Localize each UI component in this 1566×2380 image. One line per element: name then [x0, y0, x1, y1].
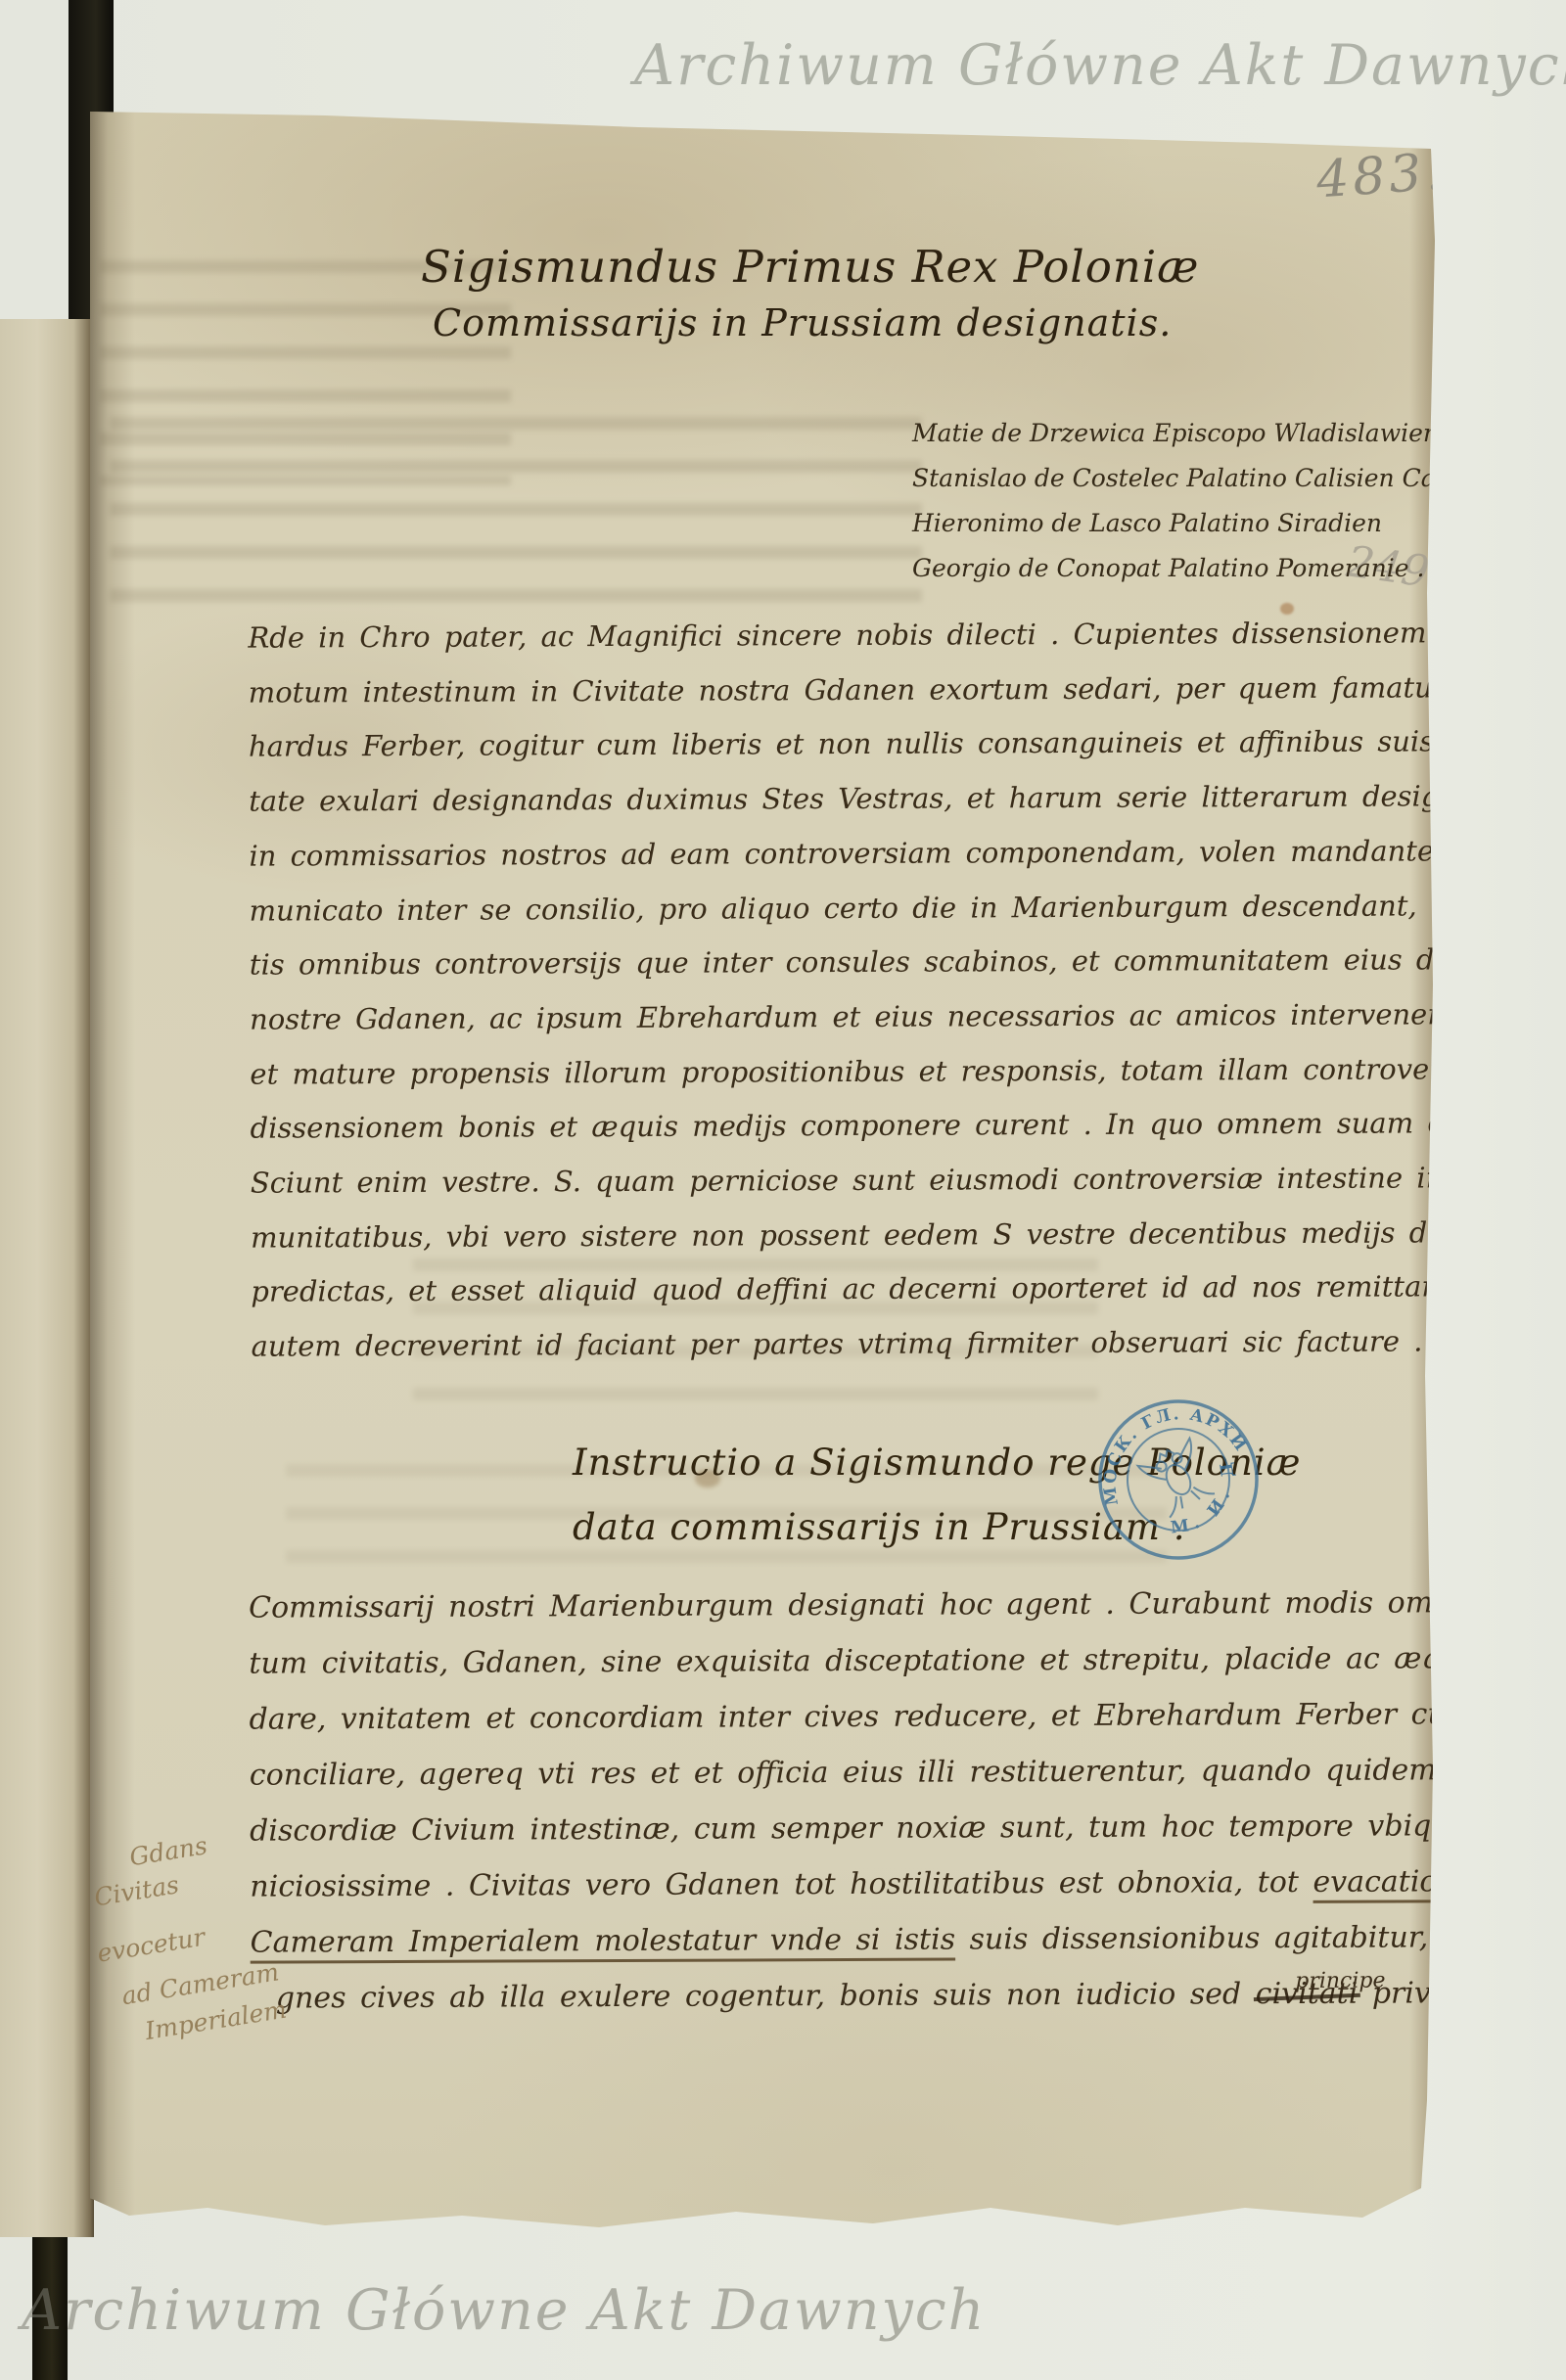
paragraph1-line: munitatibus, vbi vero sistere non possen… [251, 1206, 1445, 1265]
paragraph2-line: Commissarij nostri Marienburgum designat… [249, 1575, 1443, 1635]
addressee-line: Matie de Drzewica Episcopo Wladislawiens… [912, 411, 1566, 456]
underlined-phrase: evacationibus ad [1313, 1864, 1566, 1899]
paragraph2-line: gnes cives ab illa exulere cogentur, bon… [251, 1965, 1445, 2029]
paragraph2-line: tum civitatis, Gdanen, sine exquisita di… [249, 1630, 1443, 1691]
underlined-phrase: Cameram Imperialem molestatur vnde si is… [251, 1923, 956, 1960]
document-title-line1: Sigismundus Primus Rex Poloniæ [421, 241, 1199, 293]
paragraph1-line: predictas, et esset aliquid quod deffini… [251, 1260, 1445, 1320]
addressee-list: Matie de Drzewica Episcopo Wladislawiens… [912, 411, 1566, 591]
paragraph1-line: municato inter se consilio, pro aliquo c… [250, 879, 1444, 938]
marginal-note-line: evocetur [95, 1912, 275, 1968]
paragraph2-line: Cameram Imperialem molestatur vnde si is… [250, 1909, 1444, 1970]
folio-number: 483. [1314, 142, 1448, 209]
archive-watermark-bottom: Archiwum Główne Akt Dawnych [22, 2278, 986, 2343]
paragraph1-line: hardus Ferber, cogitur cum liberis et no… [249, 715, 1443, 775]
addressee-line: Stanislao de Costelec Palatino Calisien … [912, 456, 1566, 501]
paragraph1-line: nostre Gdanen, ac ipsum Ebrehardum et ei… [250, 987, 1444, 1047]
paragraph1-line: tis omnibus controversijs que inter cons… [250, 934, 1444, 993]
paragraph2-line: conciliare, agereq vti res et et officia… [250, 1742, 1444, 1803]
archival-scan: Archiwum Główne Akt Dawnych 483. 249 Sig… [0, 0, 1566, 2380]
body-paragraph-2: Commissarij nostri Marienburgum designat… [249, 1575, 1445, 2029]
paragraph2-line8-text: gnes cives ab illa exulere cogentur, bon… [276, 1977, 1256, 2015]
addressee-line: Georgio de Conopat Palatino Pomeranie . [912, 546, 1566, 591]
paragraph1-line: dissensionem bonis et æquis medijs compo… [250, 1097, 1444, 1157]
marginal-note-line: Civitas [92, 1856, 266, 1911]
paragraph2-line7-text: suis dissensionibus agitabitur, siq insi… [955, 1920, 1563, 1957]
paragraph2-line: discordiæ Civium intestinæ, cum semper n… [250, 1798, 1444, 1858]
underlying-page-edges [0, 319, 94, 2237]
paragraph1-line: in commissarios nostros ad eam controver… [249, 824, 1443, 884]
paragraph2-line: dare, vnitatem et concordiam inter cives… [250, 1686, 1444, 1747]
marginal-note: Gdans Civitas evocetur ad Cameram Imperi… [77, 1823, 289, 2052]
body-paragraph-1: Rde in Chro pater, ac Magnifici sincere … [248, 606, 1445, 1374]
paragraph2-line6-text: niciosissime . Civitas vero Gdanen tot h… [250, 1865, 1313, 1904]
paragraph1-line: et mature propensis illorum propositioni… [250, 1042, 1444, 1102]
paragraph1-line: Rde in Chro pater, ac Magnifici sincere … [248, 606, 1442, 665]
document-title-line2: Commissarijs in Prussiam designatis. [433, 301, 1172, 344]
addressee-line: Hieronimo de Lasco Palatino Siradien [912, 501, 1566, 546]
paragraph2-line8-text: privati possent [1358, 1976, 1566, 2011]
bleed-through-text [110, 417, 922, 632]
archive-watermark-top: Archiwum Główne Akt Dawnych [634, 33, 1566, 98]
paragraph1-line: motum intestinum in Civitate nostra Gdan… [249, 661, 1443, 720]
paragraph1-line: autem decreverint id faciant per partes … [251, 1314, 1445, 1374]
paragraph1-line: Sciunt enim vestre. S. quam perniciose s… [251, 1151, 1445, 1211]
manuscript-page: 483. 249 Sigismundus Primus Rex Poloniæ … [90, 104, 1435, 2252]
paragraph2-line: niciosissime . Civitas vero Gdanen tot h… [250, 1854, 1444, 1914]
paragraph1-line: tate exulari designandas duximus Stes Ve… [249, 769, 1443, 829]
